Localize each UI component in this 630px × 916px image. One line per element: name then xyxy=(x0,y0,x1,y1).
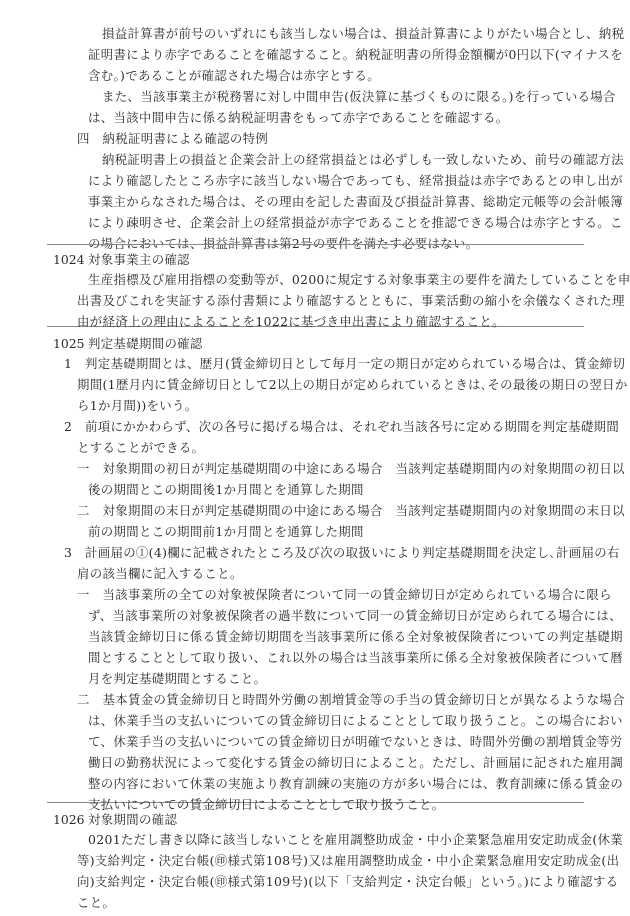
body-text-line: 四 納税証明書による確認の特例 xyxy=(77,129,268,149)
section-body-line: 向)支給判定・決定台帳(㊞様式第109号)(以下「支給判定・決定台帳」という。)… xyxy=(77,872,618,892)
section-body-line: 後の期間とこの期間後1か月間とを通算した期間 xyxy=(88,480,364,500)
section-number: 1026 xyxy=(53,810,85,830)
section-body-line: 期間(1歴月内に賃金締切日として2以上の期日が定められているときは､その最後の期… xyxy=(77,375,628,395)
section-body-line: ず、当該事業所の対象被保険者の過半数について同一の賃金締切日が定められてる場合に… xyxy=(88,606,622,626)
body-text-line: 損益計算書が前号のいずれにも該当しない場合は、損益計算書によりがたい場合とし、納… xyxy=(102,24,624,44)
section-body-line: 整の内容において休業の実施より教育訓練の実施の方が多い場合には、教育訓練に係る賃… xyxy=(88,774,623,794)
section-body-line: 3 計画届の①(4)欄に記載されたところ及び次の取扱いにより判定基礎期間を決定し… xyxy=(64,543,620,563)
section-body-line: 生産指標及び雇用指標の変動等が、0200に規定する対象事業主の要件を満たしている… xyxy=(88,270,630,290)
section-divider xyxy=(47,244,584,245)
body-text-line: 納税証明書上の損益と企業会計上の経常損益とは必ずしも一致しないため、前号の確認方… xyxy=(102,150,624,170)
section-body-line: 二 対象期間の末日が判定基礎期間の中途にある場合 当該判定基礎期間内の対象期間の… xyxy=(77,501,625,521)
body-text-line: により確認したところ赤字に該当しない場合であっても、経常損益は赤字であるとの申し… xyxy=(88,171,623,191)
section-body-line: 0201ただし書き以降に該当しないことを雇用調整助成金・中小企業緊急雇用安定助成… xyxy=(88,830,623,850)
section-body-line: とすることができる。 xyxy=(77,438,204,458)
section-body-line: 前の期間とこの期間前1か月間とを通算した期間 xyxy=(88,522,364,542)
section-title: 対象事業主の確認 xyxy=(88,250,190,270)
section-body-line: 一 対象期間の初日が判定基礎期間の中途にある場合 当該判定基礎期間内の対象期間の… xyxy=(77,459,625,479)
body-text-line: 事業主からなされた場合は、その理由を記した書面及び損益計算書、総勘定元帳等の会計… xyxy=(88,192,623,212)
section-number: 1025 xyxy=(53,334,85,354)
section-body-line: 等)支給判定・決定台帳(㊞様式第108号)又は雇用調整助成金・中小企業緊急雇用安… xyxy=(77,851,619,871)
section-body-line: こと。 xyxy=(77,893,115,913)
section-body-line: 月を判定基礎期間とすること。 xyxy=(88,669,266,689)
section-body-line: 1 判定基礎期間とは、歴月(賃金締切日として毎月一定の期日が定められている場合は… xyxy=(64,354,625,374)
body-text-line: また、当該事業主が税務署に対し中間申告(仮決算に基づくものに限る。)を行っている… xyxy=(102,87,616,107)
section-body-line: 2 前項にかかわらず、次の各号に掲げる場合は、それぞれ当該各号に定める期間を判定… xyxy=(64,417,619,437)
section-title: 判定基礎期間の確認 xyxy=(88,334,203,354)
section-body-line: 働日の勤務状況によって変化する賃金の締切日によること。ただし、計画届に記された雇… xyxy=(88,753,623,773)
section-body-line: て、休業手当の支払いについての賃金締切日が明確でないときは、時間外労働の割増賃金… xyxy=(88,732,623,752)
body-text-line: 証明書により赤字であることを確認すること。納税証明書の所得金額欄が0円以下(マイ… xyxy=(88,45,623,65)
section-body-line: 二 基本賃金の賃金締切日と時間外労働の割増賃金等の手当の賃金締切日とが異なるよう… xyxy=(77,690,625,710)
section-body-line: 肩の該当欄に記入すること。 xyxy=(77,564,243,584)
section-body-line: 一 当該事業所の全ての対象被保険者について同一の賃金締切日が定められている場合に… xyxy=(77,585,612,605)
body-text-line: により疎明させ、企業会計上の経常損益が赤字であることを推認できる場合は赤字とする… xyxy=(88,213,623,233)
section-body-line: 当該賃金締切日に係る賃金締切期間を当該事業所に係る全対象被保険者についての判定基… xyxy=(88,627,623,647)
section-body-line: 間とすることとして取り扱い、これ以外の場合は当該事業所に係る全対象被保険者につい… xyxy=(88,648,623,668)
section-body-line: は、休業手当の支払いについての賃金締切日によることとして取り扱うこと。この場合に… xyxy=(88,711,623,731)
body-text-line: 含む。)であることが確認された場合は赤字とする。 xyxy=(88,66,380,86)
section-body-line: 由が経済上の理由によることを1022に基づき申出書により確認すること。 xyxy=(77,312,505,332)
section-body-line: 出書及びこれを実証する添付書類により確認するとともに、事業活動の縮小を余儀なくさ… xyxy=(77,291,625,311)
section-body-line: ら1か月間))をいう。 xyxy=(77,396,198,416)
section-number: 1024 xyxy=(53,250,85,270)
body-text-line: は、当該中間申告に係る納税証明書をもって赤字であることを確認する。 xyxy=(88,108,508,128)
section-title: 対象期間の確認 xyxy=(88,810,177,830)
